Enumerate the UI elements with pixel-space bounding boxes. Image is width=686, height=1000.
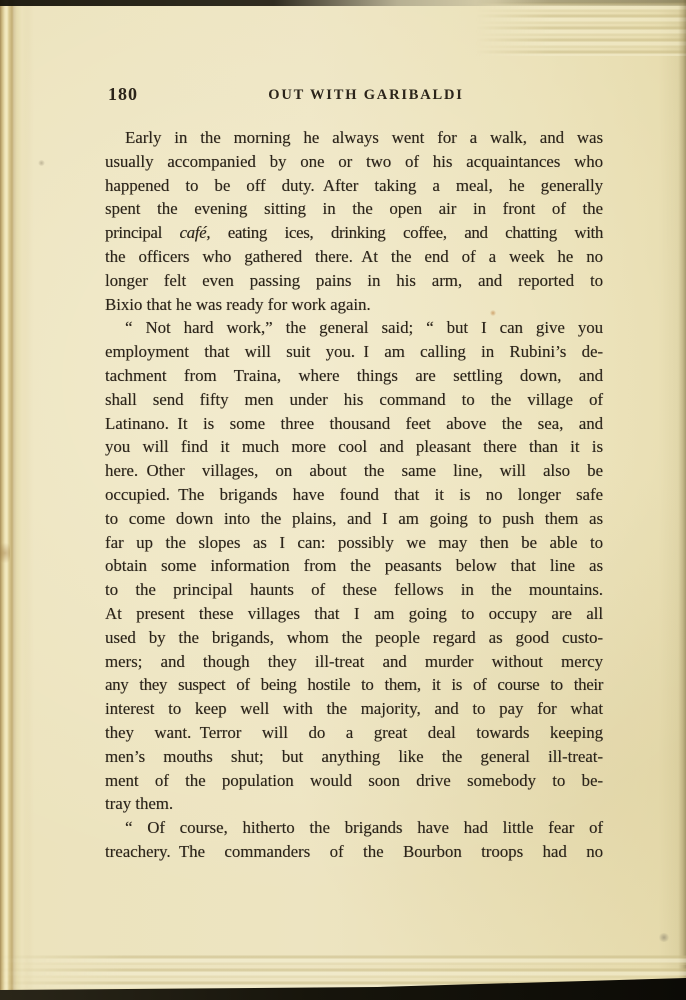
binding-gutter bbox=[0, 0, 30, 1000]
text-line: employment that will suit you. I am call… bbox=[105, 340, 603, 364]
paragraph: “ Of course, hitherto the brigands have … bbox=[105, 816, 603, 864]
text-line: Bixio that he was ready for work again. bbox=[105, 293, 603, 317]
text-line: mers; and though they ill-treat and murd… bbox=[105, 650, 603, 674]
text-line: tachment from Traina, where things are s… bbox=[105, 364, 603, 388]
text-line: Early in the morning he always went for … bbox=[105, 126, 603, 150]
text-line: interest to keep well with the majority,… bbox=[105, 697, 603, 721]
text-line: Latinano. It is some three thousand feet… bbox=[105, 412, 603, 436]
text-line: to come down into the plains, and I am g… bbox=[105, 507, 603, 531]
text-line: far up the slopes as I can: possibly we … bbox=[105, 531, 603, 555]
text-line: shall send fifty men under his command t… bbox=[105, 388, 603, 412]
text-line: principal café, eating ices, drinking co… bbox=[105, 221, 603, 245]
text-line: “ Of course, hitherto the brigands have … bbox=[105, 816, 603, 840]
page-number: 180 bbox=[108, 84, 138, 105]
text-line: you will find it much more cool and plea… bbox=[105, 435, 603, 459]
text-line: usually accompanied by one or two of his… bbox=[105, 150, 603, 174]
text-line: longer felt even passing pains in his ar… bbox=[105, 269, 603, 293]
paragraph: Early in the morning he always went for … bbox=[105, 126, 603, 316]
paper-spot bbox=[38, 160, 45, 166]
page-content: 180 OUT WITH GARIBALDI Early in the morn… bbox=[105, 84, 603, 864]
text-line: At present these villages that I am goin… bbox=[105, 602, 603, 626]
text-line: used by the brigands, whom the people re… bbox=[105, 626, 603, 650]
text-line: ment of the population would soon drive … bbox=[105, 769, 603, 793]
text-line: the officers who gathered there. At the … bbox=[105, 245, 603, 269]
text-line: occupied. The brigands have found that i… bbox=[105, 483, 603, 507]
text-line: here. Other villages, on about the same … bbox=[105, 459, 603, 483]
paper-spot bbox=[658, 933, 670, 942]
text-line: obtain some information from the peasant… bbox=[105, 554, 603, 578]
book-page-scan: 180 OUT WITH GARIBALDI Early in the morn… bbox=[0, 0, 686, 1000]
page-edge-right bbox=[678, 0, 686, 1000]
text-line: men’s mouths shut; but anything like the… bbox=[105, 745, 603, 769]
text-line: tray them. bbox=[105, 792, 603, 816]
page-edges-top bbox=[476, 0, 686, 56]
running-title: OUT WITH GARIBALDI bbox=[268, 87, 463, 104]
text-line: treachery. The commanders of the Bourbon… bbox=[105, 840, 603, 864]
text-line: spent the evening sitting in the open ai… bbox=[105, 197, 603, 221]
text-line: happened to be off duty. After taking a … bbox=[105, 174, 603, 198]
text-line: to the principal haunts of these fellows… bbox=[105, 578, 603, 602]
page-header: 180 OUT WITH GARIBALDI bbox=[105, 84, 603, 106]
paragraph: “ Not hard work,” the general said; “ bu… bbox=[105, 316, 603, 816]
body-text: Early in the morning he always went for … bbox=[105, 126, 603, 864]
text-line: any they suspect of being hostile to the… bbox=[105, 673, 603, 697]
text-line: they want. Terror will do a great deal t… bbox=[105, 721, 603, 745]
text-line: “ Not hard work,” the general said; “ bu… bbox=[105, 316, 603, 340]
